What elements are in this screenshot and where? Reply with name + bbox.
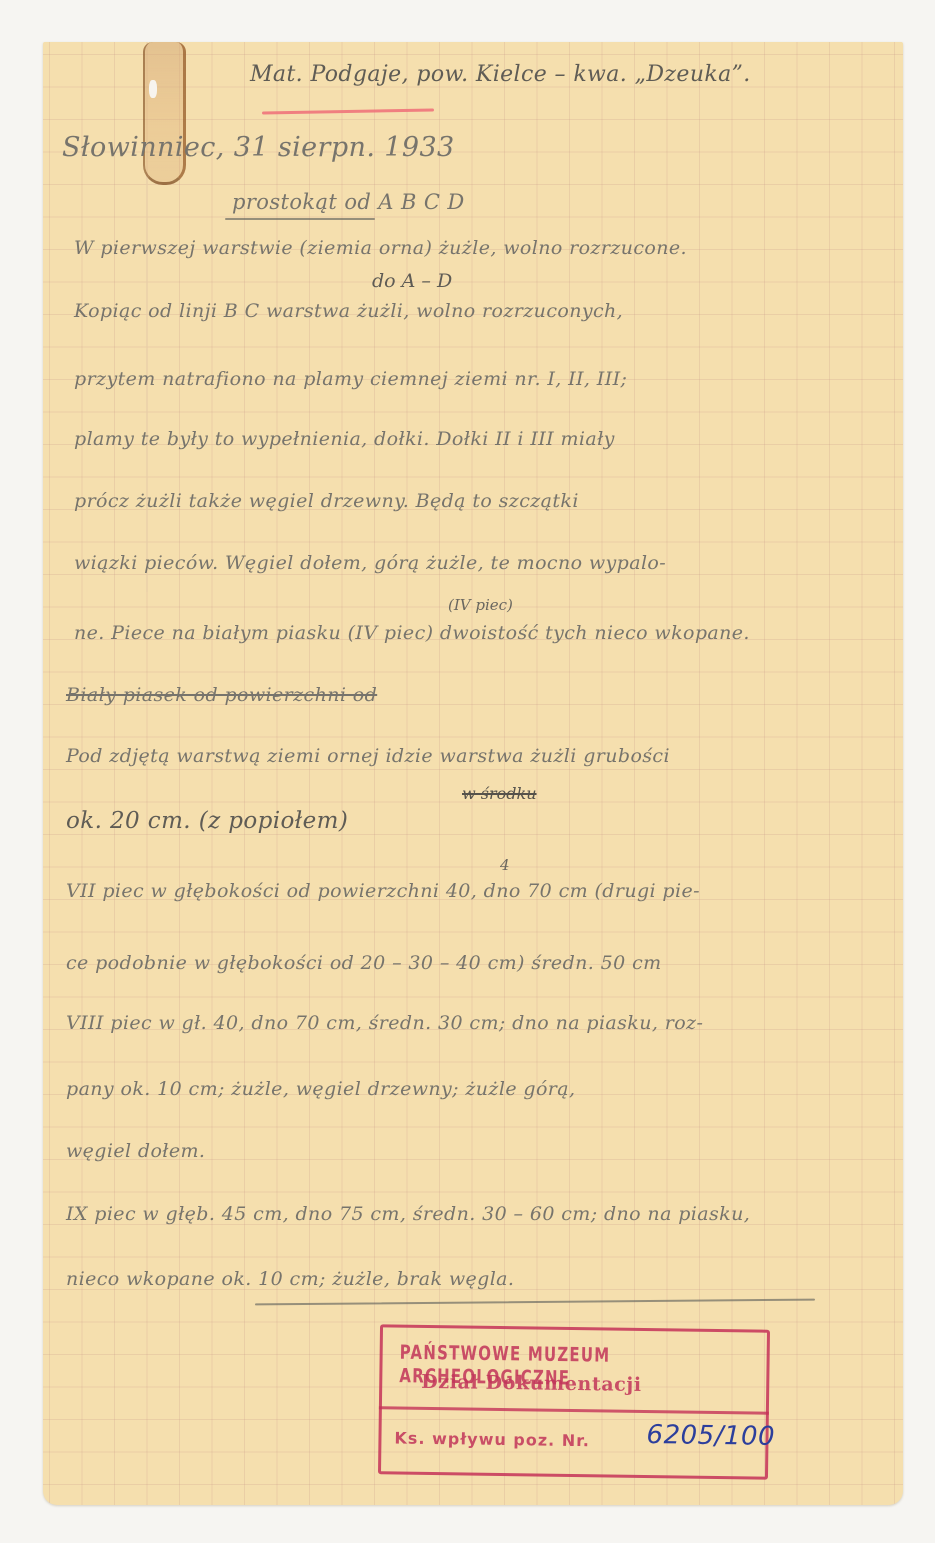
pin-hole (149, 80, 157, 98)
struck-out-line: Biały piasek od powierzchni od (66, 684, 377, 706)
note-line-5: prócz żużli także węgiel drzewny. Będą t… (74, 490, 579, 512)
annotation-do-a-d: do A – D (372, 270, 452, 292)
subtitle-underline (225, 218, 375, 220)
museum-stamp: PAŃSTWOWE MUZEUM ARCHEOLOGICZNE Dział Do… (378, 1324, 770, 1479)
annotation-superscript-4: 4 (500, 856, 510, 874)
note-line-1: W pierwszej warstwie (ziemia orna) żużle… (74, 237, 687, 259)
stamp-department: Dział Dokumentacji (421, 1371, 642, 1396)
note-line-10: ok. 20 cm. (z popiołem) (66, 808, 348, 834)
note-line-12: ce podobnie w głębokości od 20 – 30 – 40… (66, 952, 662, 974)
note-line-15: węgiel dołem. (66, 1140, 205, 1162)
note-line-17: nieco wkopane ok. 10 cm; żużle, brak węg… (66, 1268, 514, 1290)
note-line-6: wiązki pieców. Węgiel dołem, górą żużle,… (74, 552, 666, 574)
section-subtitle: prostokąt od A B C D (232, 190, 465, 214)
accession-number: 6205/100 (646, 1420, 775, 1452)
rust-stain (143, 42, 186, 185)
note-line-2: Kopiąc od linji B C warstwa żużli, wolno… (74, 300, 623, 322)
note-line-3: przytem natrafiono na plamy ciemnej ziem… (74, 368, 627, 390)
stamp-accession-label: Ks. wpływu poz. Nr. (394, 1428, 590, 1450)
note-line-16: IX piec w głęb. 45 cm, dno 75 cm, średn.… (66, 1203, 750, 1225)
note-line-4: plamy te były to wypełnienia, dołki. Doł… (74, 428, 615, 450)
annotation-w-srodku: w środku (462, 784, 537, 803)
note-line-13: VIII piec w gł. 40, dno 70 cm, średn. 30… (66, 1012, 703, 1034)
place-date: Słowinniec, 31 sierpn. 1933 (62, 132, 455, 163)
note-line-7: ne. Piece na białym piasku (IV piec) dwo… (74, 622, 750, 644)
note-line-11: VII piec w głębokości od powierzchni 40,… (66, 880, 700, 902)
note-line-14: pany ok. 10 cm; żużle, węgiel drzewny; ż… (66, 1078, 575, 1100)
annotation-iv-piec: (IV piec) (448, 596, 513, 614)
note-line-9: Pod zdjętą warstwą ziemi ornej idzie war… (66, 745, 670, 767)
document-title: Mat. Podgaje, pow. Kielce – kwa. „Dzeuka… (250, 62, 751, 87)
